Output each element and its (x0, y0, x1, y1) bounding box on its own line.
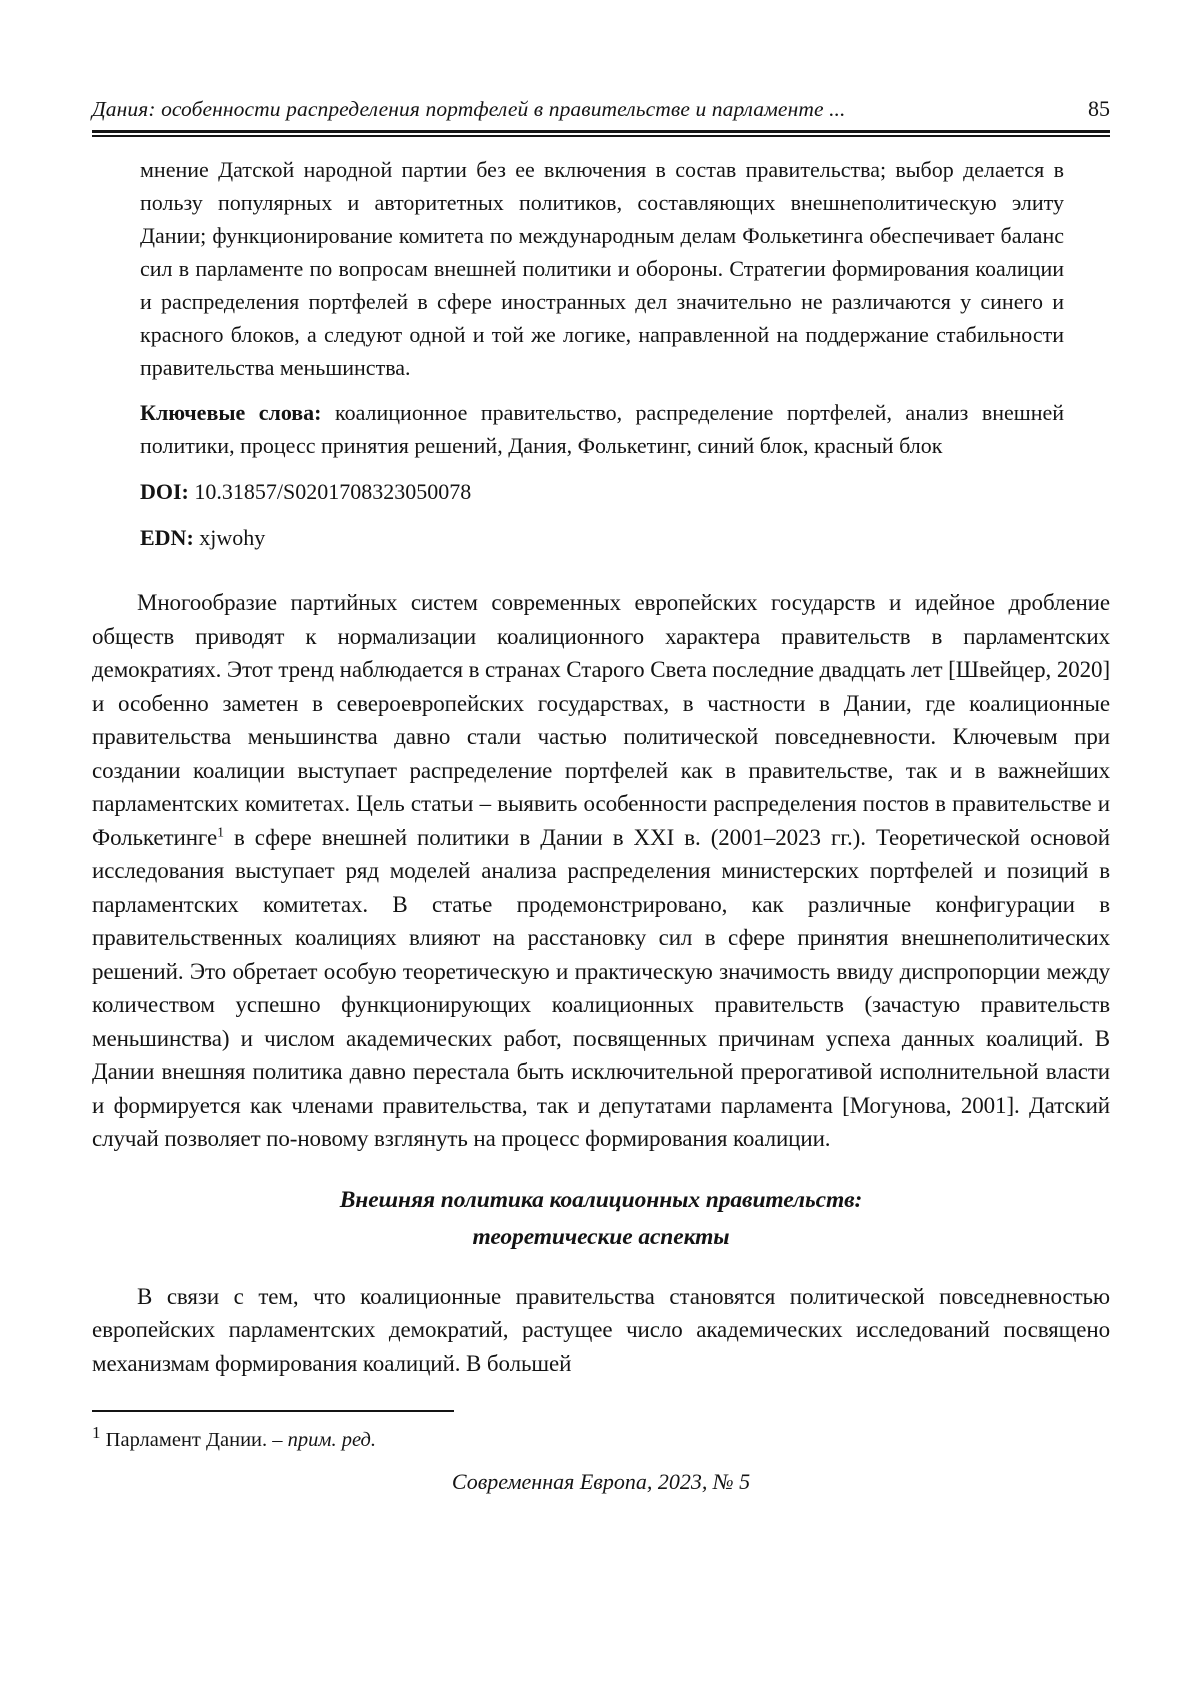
body-paragraph-2: В связи с тем, что коалиционные правител… (92, 1280, 1110, 1381)
footnote-text: 1 Парламент Дании. – прим. ред. (92, 1419, 1110, 1454)
article-body: Многообразие партийных систем современны… (92, 586, 1110, 1380)
header-rule (92, 130, 1110, 137)
footnote-rule (92, 1410, 454, 1412)
edn-value: xjwohy (199, 525, 265, 550)
running-title: Дания: особенности распределения портфел… (92, 97, 846, 122)
section-heading-line-1: Внешняя политика коалиционных правительс… (92, 1182, 1110, 1219)
abstract-block: мнение Датской народной партии без ее вк… (140, 153, 1064, 554)
running-head: Дания: особенности распределения портфел… (92, 96, 1110, 122)
doi-label: DOI: (140, 479, 189, 504)
body-paragraph-1-text-before: Многообразие партийных систем современны… (92, 590, 1110, 850)
edn-label: EDN: (140, 525, 194, 550)
body-paragraph-1: Многообразие партийных систем современны… (92, 586, 1110, 1156)
doi-line: DOI: 10.31857/S0201708323050078 (140, 475, 1064, 508)
edn-line: EDN: xjwohy (140, 521, 1064, 554)
section-heading: Внешняя политика коалиционных правительс… (92, 1182, 1110, 1256)
keywords-label: Ключевые слова: (140, 400, 322, 425)
page-number: 85 (1088, 96, 1110, 122)
footnote-reference-1: 1 (217, 824, 224, 839)
abstract-text: мнение Датской народной партии без ее вк… (140, 153, 1064, 384)
footnote-marker: 1 (92, 1423, 101, 1442)
doi-value: 10.31857/S0201708323050078 (194, 479, 471, 504)
footnote-block: 1 Парламент Дании. – прим. ред. (92, 1410, 1110, 1454)
journal-footer: Современная Европа, 2023, № 5 (92, 1469, 1110, 1495)
keywords-line: Ключевые слова: коалиционное правительст… (140, 396, 1064, 462)
footnote-body: Парламент Дании. – (106, 1429, 288, 1451)
footnote-editor-note: прим. ред. (288, 1429, 376, 1451)
body-paragraph-1-text-after: в сфере внешней политики в Дании в XXI в… (92, 825, 1110, 1152)
journal-page: Дания: особенности распределения портфел… (0, 0, 1200, 1694)
section-heading-line-2: теоретические аспекты (92, 1219, 1110, 1256)
